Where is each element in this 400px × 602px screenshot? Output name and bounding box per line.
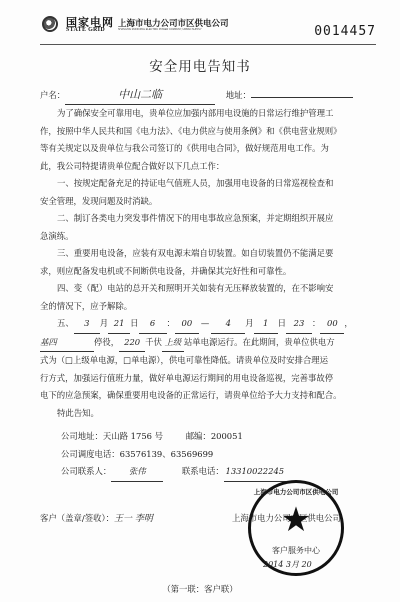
item-line: 二、制订各类电力突发事件情况下的用电事故应急预案，并定期组织开展应 [40,210,333,228]
item5-line: 电下的应急预案，确保重要用电设备的正常运行，请贵单位给予大力支持和配合。 [40,387,353,405]
end-day-field[interactable]: 1 [254,315,278,334]
company-address-row: 公司地址：天山路 1756 号 邮编：200051 [61,428,286,446]
intro-line: 此，我公司特提请贵单位配合做好以下几点工作： [40,158,341,176]
stamp-top-text: 上海市电力公司市区供电公司 [251,487,341,496]
state-grid-logo-icon [42,16,58,32]
customer-signature-row: 客户（盖章/签收）：王一 李明 [40,510,153,529]
document-title: 安全用电告知书 [0,55,400,75]
day-label: 日 [130,318,138,328]
colon: ： [312,318,320,328]
outage-label: 停役， [94,337,119,347]
item5-line: 式为（□上级单电源，□单电源），供电可靠性降低。请贵单位及时安排合理运 [40,352,353,370]
colon: ： [167,318,175,328]
contact-phone-field[interactable]: 13310022245 [224,463,286,482]
brand-name-en: STATE GRID [66,27,105,33]
start-hour-field[interactable]: 6 [139,315,167,334]
item-line: 四、变（配）电站的总开关和照明开关如装有无压释放装置的，在不影响安 [40,280,333,298]
postcode-label: 邮编： [186,431,211,441]
stamp-bottom-text: 客户服务中心 [251,545,341,556]
item-line: 安全管理，发现问题及时消缺。 [40,193,333,211]
end-month-field[interactable]: 4 [211,315,245,334]
item-line: 求，则应配备发电机或不间断供电设备，并确保其完好性和可靠性。 [40,263,333,281]
dispatch-phone-value: 63576139、63569699 [120,449,214,459]
item5-prefix: 五、 [57,318,74,328]
intro-paragraph: 为了确保安全可靠用电，贵单位应加强内部用电设施的日常运行维护管理工 作，按照中华… [40,105,341,175]
customer-signature[interactable]: 王一 李明 [114,514,153,524]
item5-station-row: 基四停役，220千伏上级站单电源运行。在此期间，贵单位供电方 [40,334,353,353]
postcode-value: 200051 [211,431,243,441]
station-field[interactable]: 基四 [40,334,94,353]
item-line: 急演练。 [40,228,333,246]
account-label: 户名： [40,90,65,100]
contact-person-label: 公司联系人： [61,466,111,476]
official-stamp: 上海市电力公司市区供电公司 ★ 客户服务中心 2014 3月 20 [248,480,344,576]
copy-label: （第一联：客户联） [0,583,400,595]
comma: ， [344,318,352,328]
company-name-en: SHANGHAI MUNICIPAL ELECTRIC POWER COMPAN… [118,28,202,31]
kv-label: 千伏 [145,337,162,347]
contact-phone-label: 联系电话： [182,466,224,476]
dash: — [201,318,209,328]
voltage-field[interactable]: 220 [119,334,145,353]
contact-person-field[interactable]: 张伟 [111,463,163,482]
start-month-field[interactable]: 3 [74,315,100,334]
end-minute-field[interactable]: 00 [320,315,344,334]
end-hour-field[interactable]: 23 [286,315,312,334]
start-minute-field[interactable]: 00 [175,315,199,334]
month-label: 月 [245,318,253,328]
intro-line: 作，按照中华人民共和国《电力法》、《电力供应与使用条例》和《供电营业规则》 [40,123,341,141]
address-field[interactable] [251,97,353,98]
item5-text: 站单电源运行。在此期间，贵单位供电方 [184,337,335,347]
account-field[interactable]: 中山二临 [65,86,215,105]
item-line: 三、重要用电设备，应装有双电源末端自切装置。如自切装置仍不能满足要 [40,245,333,263]
company-address-value: 天山路 1756 号 [103,431,163,441]
upper-station-field[interactable]: 上级 [162,334,184,353]
contact-person-row: 公司联系人：张伟 联系电话：13310022245 [61,463,286,482]
intro-line: 为了确保安全可靠用电，贵单位应加强内部用电设施的日常运行维护管理工 [40,105,341,123]
item-line: 全的情况下，应予解除。 [40,298,333,316]
item-5: 五、3月21日6：00—4月1日23：00， 基四停役，220千伏上级站单电源运… [40,315,353,422]
item5-line: 行方式，加强运行值班力量，做好单电源运行期间的用电设备巡视，完善事故停 [40,370,353,388]
serial-number: 0014457 [314,24,376,39]
intro-line: 等有关规定以及贵单位与我公司签订的《供用电合同》，做好规范用电工作。为 [40,140,341,158]
item-line: 一、按规定配备充足的持证电气值班人员，加强用电设备的日常巡视检查和 [40,175,333,193]
star-icon: ★ [251,503,341,537]
customer-signature-label: 客户（盖章/签收）： [40,513,114,523]
month-label: 月 [100,318,108,328]
dispatch-phone-label: 公司调度电话： [61,449,120,459]
closing-text: 特此告知。 [40,405,353,423]
stamp-date: 2014 3月 20 [263,559,312,570]
item-2: 二、制订各类电力突发事件情况下的用电事故应急预案，并定期组织开展应 急演练。 [40,210,333,245]
company-address-label: 公司地址： [61,431,103,441]
account-row: 户名：中山二临 地址： [40,86,353,105]
letterhead: 国家电网 STATE GRID 上海市电力公司市区供电公司 SHANGHAI M… [40,12,376,45]
item-3: 三、重要用电设备，应装有双电源末端自切装置。如自切装置仍不能满足要 求，则应配备… [40,245,333,280]
contact-block: 公司地址：天山路 1756 号 邮编：200051 公司调度电话：6357613… [61,428,286,482]
dispatch-phone-row: 公司调度电话：63576139、63569699 [61,446,286,464]
start-day-field[interactable]: 21 [108,315,130,334]
item5-date-row: 五、3月21日6：00—4月1日23：00， [40,315,353,334]
address-label: 地址： [226,90,251,100]
day-label: 日 [278,318,286,328]
item-1: 一、按规定配备充足的持证电气值班人员，加强用电设备的日常巡视检查和 安全管理，发… [40,175,333,210]
item-4: 四、变（配）电站的总开关和照明开关如装有无压释放装置的，在不影响安 全的情况下，… [40,280,333,315]
